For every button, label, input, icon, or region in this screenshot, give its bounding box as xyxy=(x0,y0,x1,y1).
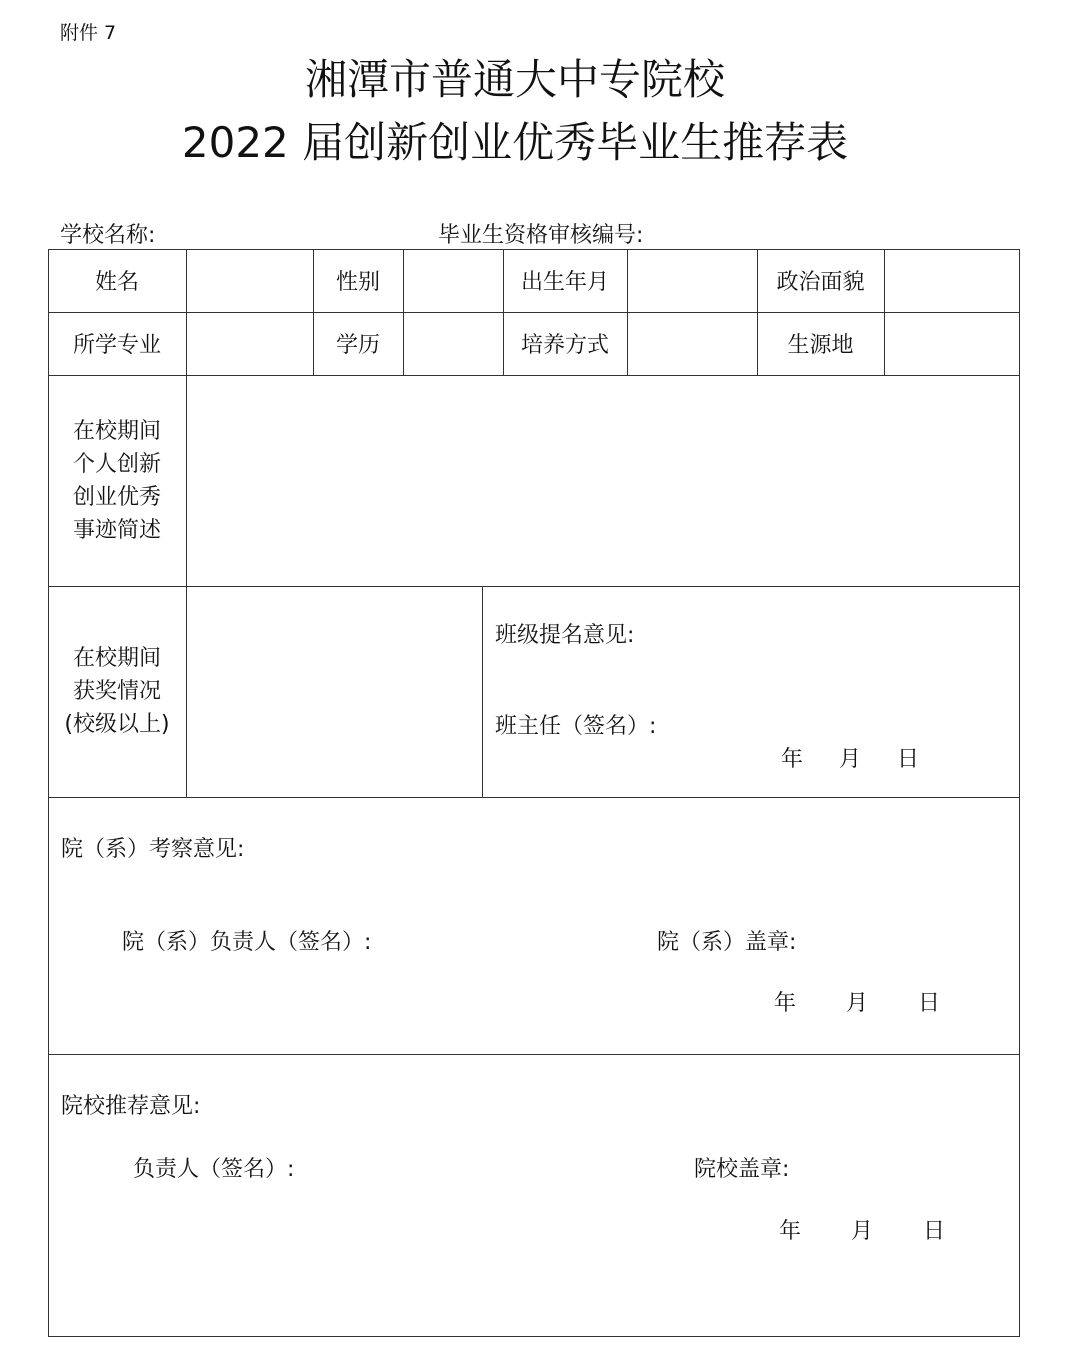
dept-head-signature-label: 院（系）负责人（签名）: xyxy=(122,925,371,956)
birth-date-label: 出生年月 xyxy=(503,249,627,312)
major-field[interactable] xyxy=(186,312,313,375)
origin-label: 生源地 xyxy=(757,312,884,375)
year-label: 年 xyxy=(781,742,803,773)
day-label: 日 xyxy=(923,1214,945,1245)
gender-label: 性别 xyxy=(313,249,403,312)
month-label: 月 xyxy=(851,1214,873,1245)
school-seal-label: 院校盖章: xyxy=(694,1152,789,1183)
row-divider xyxy=(48,1054,1020,1055)
education-field[interactable] xyxy=(403,312,503,375)
deeds-label-line: 事迹简述 xyxy=(73,514,161,547)
col-divider xyxy=(482,586,483,797)
deeds-label-line: 在校期间 xyxy=(73,415,161,448)
major-label: 所学专业 xyxy=(48,312,186,375)
awards-field[interactable] xyxy=(186,586,482,797)
political-status-label: 政治面貌 xyxy=(757,249,884,312)
awards-label-line: (校级以上) xyxy=(64,708,169,741)
day-label: 日 xyxy=(897,742,919,773)
document-title-line2: 2022 届创新创业优秀毕业生推荐表 xyxy=(0,117,1030,169)
school-opinion-label: 院校推荐意见: xyxy=(61,1089,200,1120)
day-label: 日 xyxy=(918,986,940,1017)
review-number-label: 毕业生资格审核编号: xyxy=(438,218,643,249)
school-name-label: 学校名称: xyxy=(60,218,155,249)
class-teacher-signature-label: 班主任（签名）: xyxy=(495,709,656,740)
political-status-field[interactable] xyxy=(884,249,1019,312)
dept-opinion-label: 院（系）考察意见: xyxy=(61,832,244,863)
birth-date-field[interactable] xyxy=(627,249,757,312)
month-label: 月 xyxy=(839,742,861,773)
row-divider xyxy=(48,797,1020,798)
deeds-label-line: 个人创新 xyxy=(73,448,161,481)
name-label: 姓名 xyxy=(48,249,186,312)
deeds-field[interactable] xyxy=(186,375,1019,586)
attachment-number: 附件 7 xyxy=(60,18,116,45)
school-head-signature-label: 负责人（签名）: xyxy=(133,1152,294,1183)
dept-date: 年 月 日 xyxy=(774,986,940,1017)
dept-seal-label: 院（系）盖章: xyxy=(657,925,796,956)
month-label: 月 xyxy=(846,986,868,1017)
awards-label: 在校期间 获奖情况 (校级以上) xyxy=(48,586,186,797)
table-border-right xyxy=(1019,249,1020,1336)
deeds-label-line: 创业优秀 xyxy=(73,481,161,514)
origin-field[interactable] xyxy=(884,312,1019,375)
education-label: 学历 xyxy=(313,312,403,375)
table-border-bottom xyxy=(48,1336,1020,1337)
deeds-label: 在校期间 个人创新 创业优秀 事迹简述 xyxy=(48,375,186,586)
year-label: 年 xyxy=(774,986,796,1017)
gender-field[interactable] xyxy=(403,249,503,312)
class-opinion-label: 班级提名意见: xyxy=(495,618,634,649)
training-mode-label: 培养方式 xyxy=(503,312,627,375)
school-date: 年 月 日 xyxy=(779,1214,945,1245)
name-field[interactable] xyxy=(186,249,313,312)
year-label: 年 xyxy=(779,1214,801,1245)
document-title-line1: 湘潭市普通大中专院校 xyxy=(0,54,1030,106)
awards-label-line: 在校期间 xyxy=(73,642,161,675)
class-date: 年 月 日 xyxy=(781,742,919,773)
awards-label-line: 获奖情况 xyxy=(73,675,161,708)
training-mode-field[interactable] xyxy=(627,312,757,375)
